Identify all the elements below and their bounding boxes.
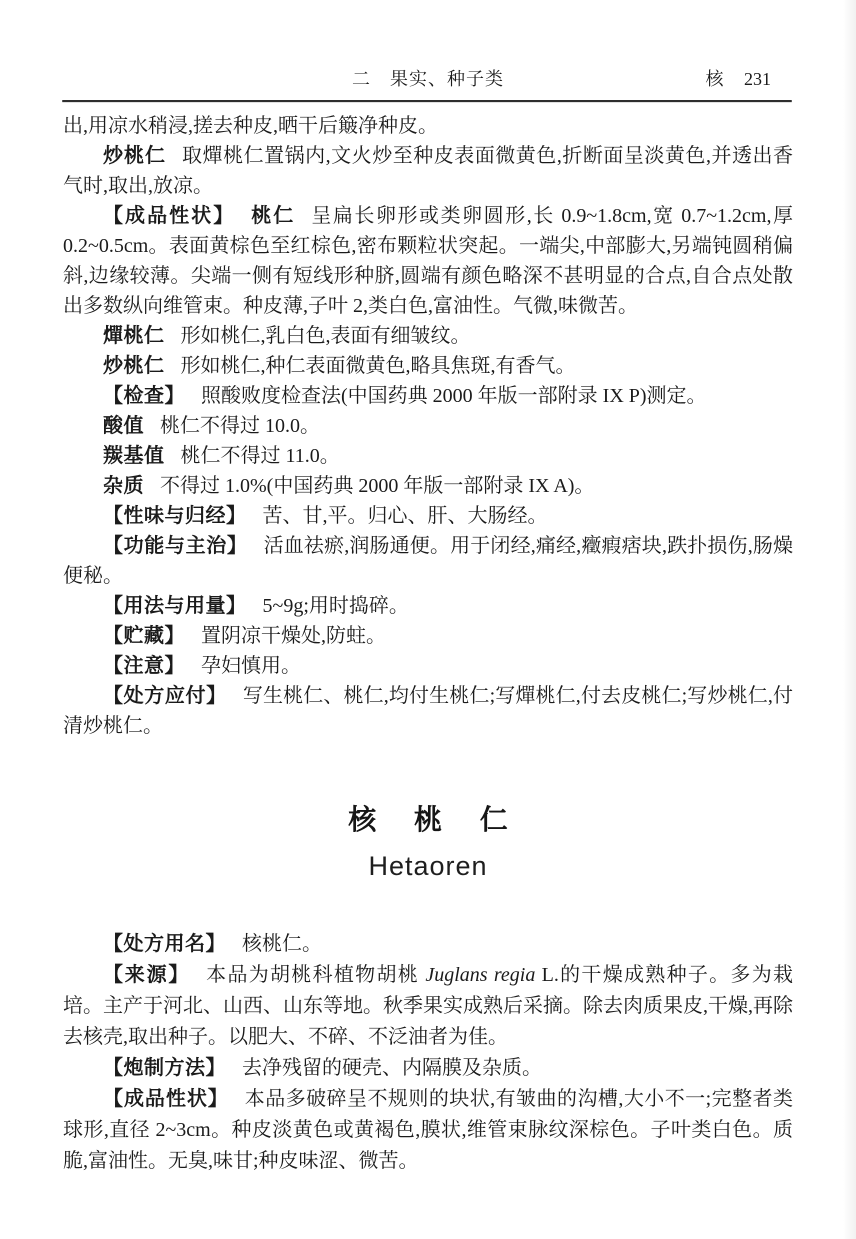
text-run: 桃仁不得过 10.0。 (160, 415, 320, 437)
label-dan-taoren-description: 燀桃仁 (103, 325, 165, 347)
label-dosage: 【用法与用量】 (103, 595, 247, 617)
label-finished-product-hetaoren: 【成品性状】 (103, 1088, 229, 1110)
monograph-pinyin: Hetaoren (63, 848, 793, 884)
label-functions-indications: 【功能与主治】 (103, 535, 248, 557)
text-run: 苦、甘,平。归心、肝、大肠经。 (263, 505, 548, 527)
text-run: 形如桃仁,乳白色,表面有细皱纹。 (181, 325, 471, 347)
text-run: Juglans regia (425, 964, 535, 986)
label-inspection: 【检查】 (103, 385, 185, 407)
paragraph-acid-value: 酸值桃仁不得过 10.0。 (63, 411, 793, 441)
paragraph-chao-taoren-description: 炒桃仁形如桃仁,种仁表面微黄色,略具焦斑,有香气。 (63, 351, 793, 381)
paragraph-source: 【来源】本品为胡桃科植物胡桃 Juglans regia L.的干燥成熟种子。多… (63, 960, 793, 1053)
text-run: 本品为胡桃科植物胡桃 (206, 964, 425, 986)
paragraph-dosage: 【用法与用量】5~9g;用时捣碎。 (63, 591, 793, 621)
paragraph-storage: 【贮藏】置阴凉干燥处,防蛀。 (63, 621, 793, 651)
paragraph-finished-product-hetaoren: 【成品性状】本品多破碎呈不规则的块状,有皱曲的沟槽,大小不一;完整者类球形,直径… (63, 1084, 793, 1177)
paragraph-inspection: 【检查】照酸败度检查法(中国药典 2000 年版一部附录 IX P)测定。 (63, 381, 793, 411)
paragraph-carbonyl-value: 羰基值桃仁不得过 11.0。 (63, 441, 793, 471)
text-run: 5~9g;用时捣碎。 (263, 595, 409, 617)
label-source: 【来源】 (103, 964, 190, 986)
text-run: 不得过 1.0%(中国药典 2000 年版一部附录 IX A)。 (160, 475, 594, 497)
taoren-monograph-body: 出,用凉水稍浸,搓去种皮,晒干后簸净种皮。炒桃仁取燀桃仁置锅内,文火炒至种皮表面… (63, 111, 793, 741)
paragraph-prescription-name: 【处方用名】核桃仁。 (63, 929, 793, 960)
label-processing-method: 【炮制方法】 (103, 1057, 226, 1079)
label-caution: 【注意】 (103, 655, 185, 677)
page-header: 二 果实、种子类 核 231 (63, 66, 793, 92)
text-run: 照酸败度检查法(中国药典 2000 年版一部附录 IX P)测定。 (201, 385, 707, 407)
text-run: 去净残留的硬壳、内隔膜及杂质。 (242, 1057, 542, 1079)
text-run: 形如桃仁,种仁表面微黄色,略具焦斑,有香气。 (181, 355, 576, 377)
header-rule (62, 100, 792, 102)
page-number: 231 (744, 69, 771, 89)
paragraph-chao-taoren-method: 炒桃仁取燀桃仁置锅内,文火炒至种皮表面微黄色,折断面呈淡黄色,并透出香气时,取出… (63, 141, 793, 201)
book-page: 二 果实、种子类 核 231 出,用凉水稍浸,搓去种皮,晒干后簸净种皮。炒桃仁取… (0, 0, 856, 1239)
label-finished-product-taoren: 【成品性状】 (103, 205, 235, 227)
label-impurities: 杂质 (103, 475, 144, 497)
label-chao-taoren-description: 炒桃仁 (103, 355, 165, 377)
label-chao-taoren-method: 炒桃仁 (103, 145, 166, 167)
paragraph-functions-indications: 【功能与主治】活血祛瘀,润肠通便。用于闭经,痛经,癥瘕痞块,跌扑损伤,肠燥便秘。 (63, 531, 793, 591)
paragraph-dan-taoren-description: 燀桃仁形如桃仁,乳白色,表面有细皱纹。 (63, 321, 793, 351)
label-carbonyl-value: 羰基值 (103, 445, 165, 467)
label-dispensing: 【处方应付】 (103, 685, 227, 707)
label-finished-product-taoren: 桃仁 (251, 205, 295, 227)
paragraph-impurities: 杂质不得过 1.0%(中国药典 2000 年版一部附录 IX A)。 (63, 471, 793, 501)
label-taste-meridians: 【性味与归经】 (103, 505, 247, 527)
paragraph-caution: 【注意】孕妇慎用。 (63, 651, 793, 681)
text-run: 孕妇慎用。 (201, 655, 301, 677)
label-storage: 【贮藏】 (103, 625, 185, 647)
hetaoren-monograph-body: 【处方用名】核桃仁。【来源】本品为胡桃科植物胡桃 Juglans regia L… (63, 929, 793, 1177)
monograph-title: 核桃仁 (63, 802, 793, 838)
label-acid-value: 酸值 (103, 415, 144, 437)
paragraph-taste-meridians: 【性味与归经】苦、甘,平。归心、肝、大肠经。 (63, 501, 793, 531)
paragraph-continuation-line: 出,用凉水稍浸,搓去种皮,晒干后簸净种皮。 (63, 111, 793, 141)
text-run: 出,用凉水稍浸,搓去种皮,晒干后簸净种皮。 (63, 115, 438, 137)
paragraph-dispensing: 【处方应付】写生桃仁、桃仁,均付生桃仁;写燀桃仁,付去皮桃仁;写炒桃仁,付清炒桃… (63, 681, 793, 741)
text-run: 取燀桃仁置锅内,文火炒至种皮表面微黄色,折断面呈淡黄色,并透出香气时,取出,放凉… (63, 145, 793, 197)
text-run: 置阴凉干燥处,防蛀。 (201, 625, 386, 647)
folio: 核 231 (706, 66, 772, 92)
folio-category-label: 核 (706, 69, 724, 89)
paragraph-finished-product-taoren: 【成品性状】桃仁呈扁长卵形或类卵圆形,长 0.9~1.8cm,宽 0.7~1.2… (63, 201, 793, 321)
text-run: 桃仁不得过 11.0。 (181, 445, 340, 467)
paragraph-processing-method: 【炮制方法】去净残留的硬壳、内隔膜及杂质。 (63, 1053, 793, 1084)
label-prescription-name: 【处方用名】 (103, 933, 226, 955)
text-run: 核桃仁。 (242, 933, 322, 955)
section-heading: 二 果实、种子类 (63, 66, 793, 92)
